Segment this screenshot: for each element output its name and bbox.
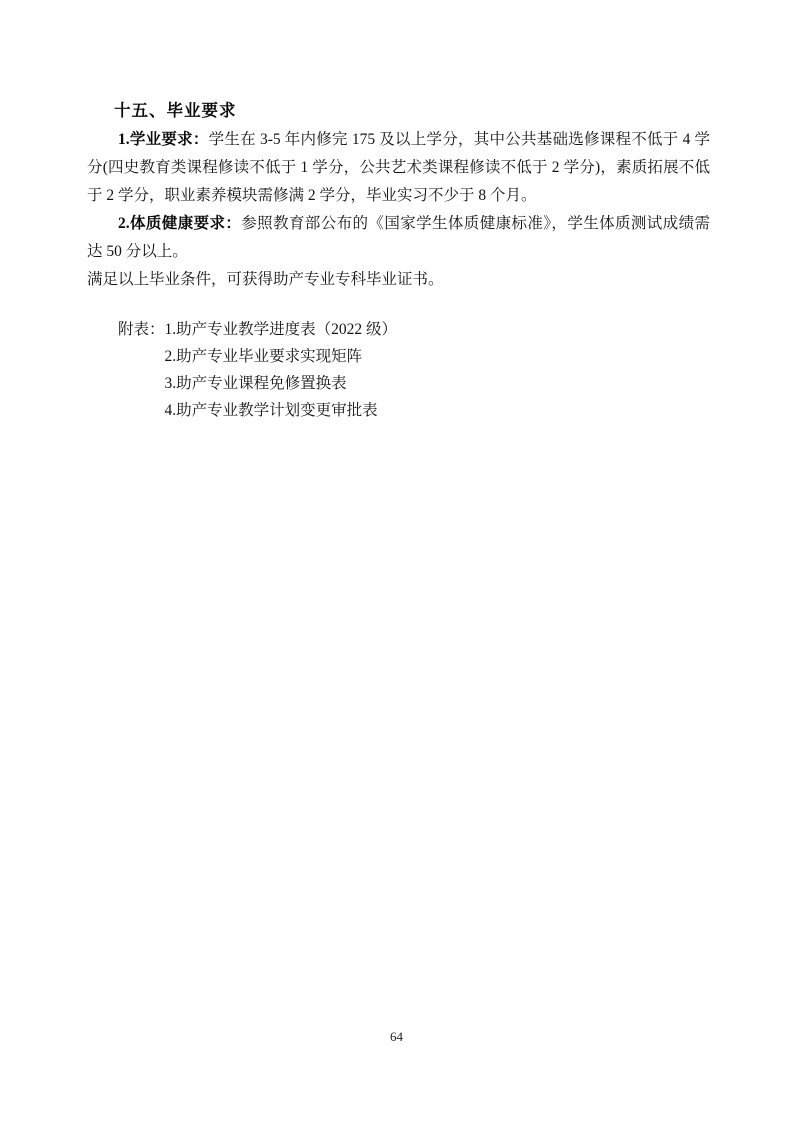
page-number: 64: [0, 1028, 793, 1046]
paragraph-lead: 2.体质健康要求：: [118, 215, 241, 232]
document-page: 十五、毕业要求 1.学业要求：学生在 3-5 年内修完 175 及以上学分，其中…: [0, 0, 793, 1122]
paragraph-fitness-requirements: 2.体质健康要求：参照教育部公布的《国家学生体质健康标准》，学生体质测试成绩需达…: [87, 210, 710, 266]
paragraph-text: 满足以上毕业条件，可获得助产专业专科毕业证书。: [87, 271, 444, 288]
section-heading: 十五、毕业要求: [87, 96, 710, 126]
appendix-label: 附表：: [118, 316, 165, 343]
appendix-item: 2.助产专业毕业要求实现矩阵: [165, 343, 398, 370]
appendix-item: 1.助产专业教学进度表（2022 级）: [165, 316, 398, 343]
appendix-item: 3.助产专业课程免修置换表: [165, 370, 398, 397]
paragraph-lead: 1.学业要求：: [118, 131, 209, 148]
paragraph-certificate-note: 满足以上毕业条件，可获得助产专业专科毕业证书。: [87, 266, 710, 294]
appendix-item: 4.助产专业教学计划变更审批表: [165, 397, 398, 424]
appendix-list: 附表： 1.助产专业教学进度表（2022 级） 2.助产专业毕业要求实现矩阵 3…: [87, 316, 710, 424]
paragraph-academic-requirements: 1.学业要求：学生在 3-5 年内修完 175 及以上学分，其中公共基础选修课程…: [87, 126, 710, 210]
appendix-items: 1.助产专业教学进度表（2022 级） 2.助产专业毕业要求实现矩阵 3.助产专…: [165, 316, 398, 424]
document-content: 十五、毕业要求 1.学业要求：学生在 3-5 年内修完 175 及以上学分，其中…: [87, 96, 710, 424]
